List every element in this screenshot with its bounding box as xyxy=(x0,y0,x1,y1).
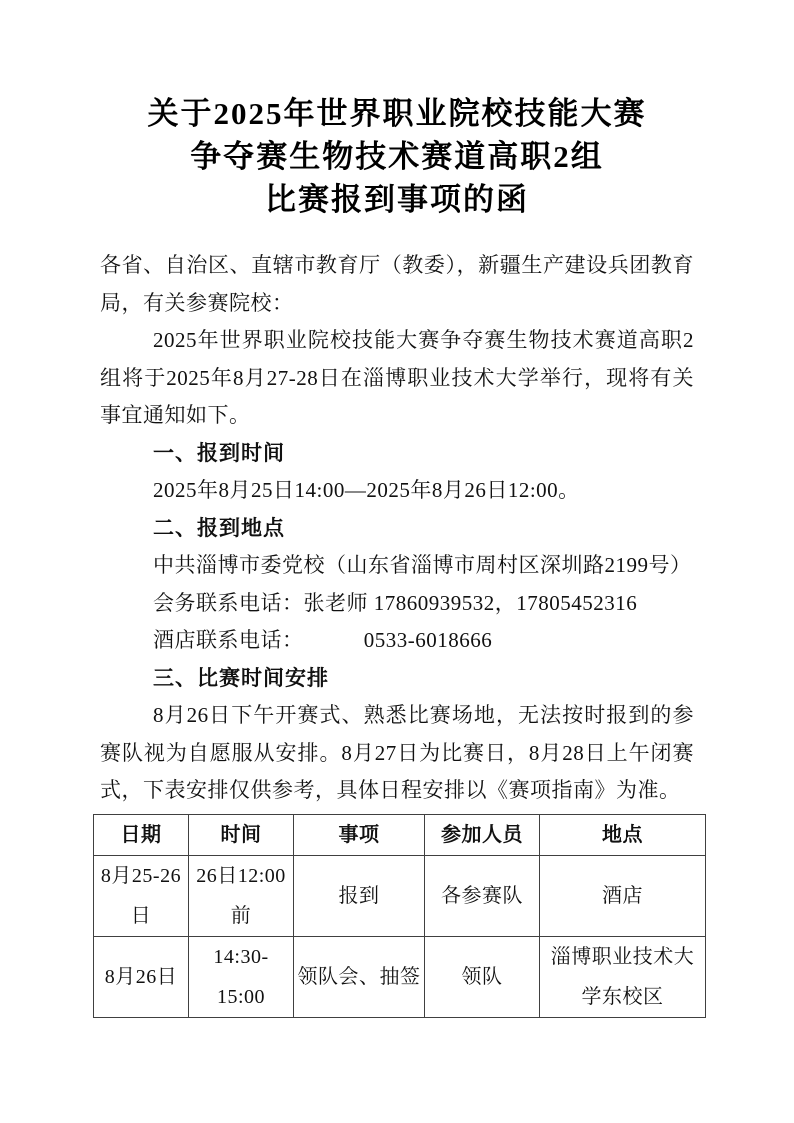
contact-conference-phones: 17860939532，17805452316 xyxy=(374,591,638,615)
table-cell-location: 淄博职业技术大学东校区 xyxy=(540,936,706,1017)
table-cell-date: 8月25-26日 xyxy=(94,855,189,936)
table-cell-date: 8月26日 xyxy=(94,936,189,1017)
table-cell-location: 酒店 xyxy=(540,855,706,936)
intro-paragraph: 2025年世界职业院校技能大赛争夺赛生物技术赛道高职2组将于2025年8月27-… xyxy=(100,322,694,435)
contact-hotel-label: 酒店联系电话： xyxy=(153,622,358,660)
table-header-row: 日期 时间 事项 参加人员 地点 xyxy=(94,814,706,855)
table-cell-event: 领队会、抽签 xyxy=(294,936,425,1017)
checkin-time: 2025年8月25日14:00—2025年8月26日12:00。 xyxy=(100,472,694,510)
table-header-date: 日期 xyxy=(94,814,189,855)
table-cell-participants: 各参赛队 xyxy=(425,855,540,936)
checkin-address: 中共淄博市委党校（山东省淄博市周村区深圳路2199号） xyxy=(100,547,694,585)
document-title-line-2: 争夺赛生物技术赛道高职2组 xyxy=(0,135,794,178)
document-title-line-3: 比赛报到事项的函 xyxy=(0,178,794,221)
section-2-heading: 二、报到地点 xyxy=(100,510,694,548)
table-cell-event: 报到 xyxy=(294,855,425,936)
table-header-location: 地点 xyxy=(540,814,706,855)
document-page: 关于2025年世界职业院校技能大赛 争夺赛生物技术赛道高职2组 比赛报到事项的函… xyxy=(0,0,794,1123)
contact-hotel-phone: 0533-6018666 xyxy=(364,628,493,652)
contact-line-conference: 会务联系电话：张老师 17860939532，17805452316 xyxy=(100,585,694,623)
table-cell-time: 14:30-15:00 xyxy=(189,936,294,1017)
section-3-heading: 三、比赛时间安排 xyxy=(100,660,694,698)
table-row: 8月26日 14:30-15:00 领队会、抽签 领队 淄博职业技术大学东校区 xyxy=(94,936,706,1017)
table-cell-participants: 领队 xyxy=(425,936,540,1017)
salutation: 各省、自治区、直辖市教育厅（教委），新疆生产建设兵团教育局，有关参赛院校： xyxy=(100,247,694,322)
contact-conference-label: 会务联系电话：张老师 xyxy=(153,585,368,623)
table-header-time: 时间 xyxy=(189,814,294,855)
table-header-event: 事项 xyxy=(294,814,425,855)
section-1-heading: 一、报到时间 xyxy=(100,435,694,473)
contact-line-hotel: 酒店联系电话： 0533-6018666 xyxy=(100,622,694,660)
table-cell-time: 26日12:00前 xyxy=(189,855,294,936)
table-row: 8月25-26日 26日12:00前 报到 各参赛队 酒店 xyxy=(94,855,706,936)
document-title-line-1: 关于2025年世界职业院校技能大赛 xyxy=(0,92,794,135)
document-body: 各省、自治区、直辖市教育厅（教委），新疆生产建设兵团教育局，有关参赛院校： 20… xyxy=(100,247,694,810)
schedule-table: 日期 时间 事项 参加人员 地点 8月25-26日 26日12:00前 报到 各… xyxy=(93,814,706,1018)
document-title: 关于2025年世界职业院校技能大赛 争夺赛生物技术赛道高职2组 比赛报到事项的函 xyxy=(0,0,794,221)
schedule-paragraph: 8月26日下午开赛式、熟悉比赛场地，无法按时报到的参赛队视为自愿服从安排。8月2… xyxy=(100,697,694,810)
table-header-participants: 参加人员 xyxy=(425,814,540,855)
